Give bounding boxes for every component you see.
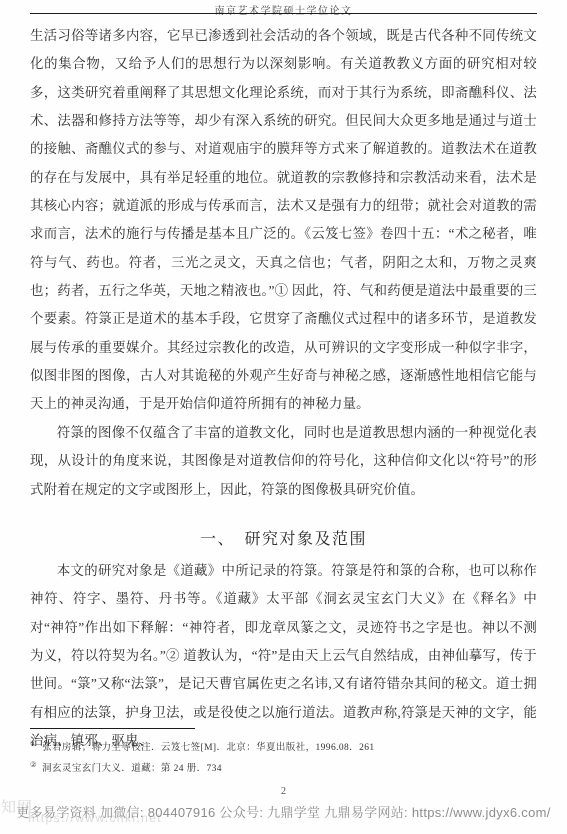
footnote-2-marker: ② bbox=[30, 760, 37, 769]
footnote-area: ①张君房辑；蒋力生等校注．云笈七签[M]．北京：华夏出版社，1996.08．26… bbox=[30, 728, 537, 777]
body-content: 生活习俗等诸多内容，它早已渗透到社会活动的各个领域，既是古代各种不同传统文化的集… bbox=[30, 22, 537, 755]
footnote-1: ①张君房辑；蒋力生等校注．云笈七签[M]．北京：华夏出版社，1996.08．26… bbox=[30, 736, 537, 757]
promo-watermark: 更多易学资料 加微信: 804407916 公众号: 九鼎学堂 九鼎易学网站: … bbox=[0, 802, 567, 821]
page-header-title: 南京艺术学院硕士学位论文 bbox=[0, 2, 567, 17]
page-number: 2 bbox=[0, 786, 567, 797]
thesis-page: 南京艺术学院硕士学位论文 生活习俗等诸多内容，它早已渗透到社会活动的各个领域，既… bbox=[0, 0, 567, 834]
footnote-2: ②洞玄灵宝玄门大义．道藏：第 24 册．734 bbox=[30, 757, 537, 778]
footnote-1-marker: ① bbox=[30, 739, 37, 748]
footnote-1-text: 张君房辑；蒋力生等校注．云笈七签[M]．北京：华夏出版社，1996.08．261 bbox=[42, 743, 374, 753]
section-heading-research-scope: 一、 研究对象及范围 bbox=[30, 526, 537, 549]
paragraph-continuation: 生活习俗等诸多内容，它早已渗透到社会活动的各个领域，既是古代各种不同传统文化的集… bbox=[30, 22, 537, 419]
footnote-2-text: 洞玄灵宝玄门大义．道藏：第 24 册．734 bbox=[42, 764, 222, 774]
header-rule bbox=[30, 13, 537, 14]
paragraph-research-object: 本文的研究对象是《道藏》中所记录的符箓。符箓是符和箓的合称，也可以称作神符、符字… bbox=[30, 557, 537, 755]
paragraph-fulu-images: 符箓的图像不仅蕴含了丰富的道教文化，同时也是道教思想内涵的一种视觉化表现，从设计… bbox=[30, 419, 537, 504]
footnote-separator-rule bbox=[30, 728, 195, 729]
